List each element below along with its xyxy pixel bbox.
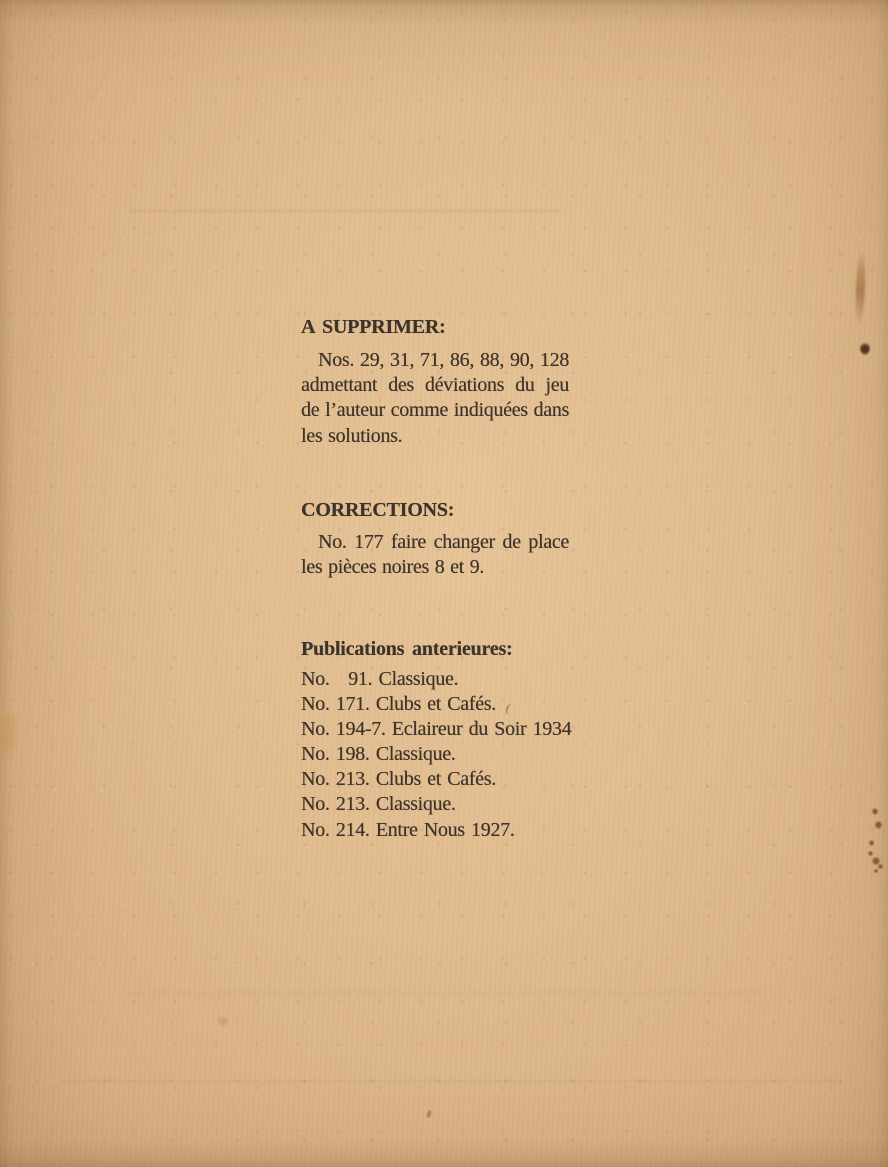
paragraph-line: Nos. 29, 31, 71, 86, 88, 90, 128 xyxy=(301,348,569,373)
stain-spot xyxy=(874,869,878,873)
publication-list-item: No. 198. Classique. xyxy=(301,742,601,767)
publication-list-item: No. 91. Classique. xyxy=(301,667,601,692)
paragraph-line: admettant des déviations du jeu xyxy=(301,373,569,398)
paragraph-a-supprimer: Nos. 29, 31, 71, 86, 88, 90, 128 admetta… xyxy=(301,348,569,449)
publication-list-item: No. 213. Classique. xyxy=(301,792,601,817)
stain-streak-right xyxy=(855,250,867,326)
paper-fleck xyxy=(426,1110,432,1119)
stain-dot-right xyxy=(860,342,870,355)
aged-paper-page: A SUPPRIMER: Nos. 29, 31, 71, 86, 88, 90… xyxy=(0,0,888,1167)
stain-spot xyxy=(869,840,874,846)
section-heading-corrections: CORRECTIONS: xyxy=(301,498,454,523)
stain-spot xyxy=(875,821,882,829)
stain-spot xyxy=(872,808,878,815)
paragraph-corrections: No. 177 faire changer de place les pièce… xyxy=(301,530,569,580)
publication-list-item: No. 194-7. Eclaireur du Soir 1934 xyxy=(301,717,601,742)
stain-spot xyxy=(868,851,873,856)
publications-list: No. 91. Classique. No. 171. Clubs et Caf… xyxy=(301,667,601,843)
stain-left-edge xyxy=(0,702,15,764)
paragraph-line: les pièces noires 8 et 9. xyxy=(301,555,569,580)
paper-crease xyxy=(60,1080,840,1082)
paper-crease xyxy=(120,992,760,995)
stain-spot xyxy=(878,864,883,869)
publication-list-item: No. 213. Clubs et Cafés. xyxy=(301,767,601,792)
section-heading-a-supprimer: A SUPPRIMER: xyxy=(301,315,446,340)
paper-fleck xyxy=(218,1017,228,1025)
paragraph-line: de l’auteur comme indiquées dans xyxy=(301,398,569,423)
paragraph-line: No. 177 faire changer de place xyxy=(301,530,569,555)
paper-crease xyxy=(130,210,560,212)
paragraph-line: les solutions. xyxy=(301,424,569,449)
stain-spot xyxy=(872,857,880,865)
section-heading-publications: Publications anterieures: xyxy=(301,637,513,662)
publication-list-item: No. 171. Clubs et Cafés. xyxy=(301,692,601,717)
publication-list-item: No. 214. Entre Nous 1927. xyxy=(301,818,601,843)
